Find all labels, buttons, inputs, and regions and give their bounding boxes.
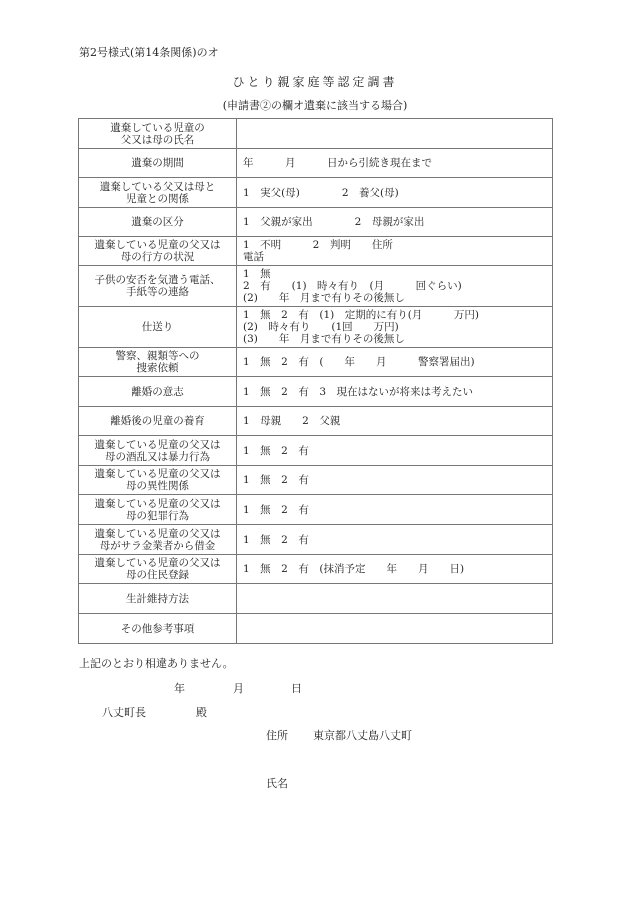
document-subtitle: (申請書②の欄オ遺棄に該当する場合) xyxy=(0,97,630,113)
row-value-field[interactable]: 1 実父(母) 2 養父(母) xyxy=(237,178,553,208)
row-label-line: 母の住民登録 xyxy=(79,569,236,581)
row-label-line: 遺棄している児童の父又は xyxy=(79,557,236,569)
row-label: その他参考事項 xyxy=(79,614,237,644)
row-label-line: 遺棄の期間 xyxy=(79,157,236,169)
row-label-line: 母の酒乱又は暴力行為 xyxy=(79,451,236,463)
row-label-line: 遺棄している児童の父又は xyxy=(79,498,236,510)
row-value-line: 1 無 2 有 xyxy=(243,534,552,546)
table-row: 遺棄している児童の父又は母の住民登録1 無 2 有 (抹消予定 年 月 日) xyxy=(79,555,553,584)
row-value-line: 1 無 2 有 ( 年 月 警察署届出) xyxy=(243,356,552,368)
row-label-line: 母の犯罪行為 xyxy=(79,510,236,522)
row-label: 生計維持方法 xyxy=(79,584,237,614)
form-number: 第2号様式(第14条関係)のオ xyxy=(79,44,219,60)
row-value-field[interactable]: 1 無 2 有 ( 年 月 警察署届出) xyxy=(237,348,553,377)
table-row: 遺棄している児童の父又は母の行方の状況1 不明 2 判明 住所電話 xyxy=(79,237,553,266)
address-value[interactable]: 東京都八丈島八丈町 xyxy=(313,727,412,743)
row-value-line: 1 母親 2 父親 xyxy=(243,415,552,427)
row-label-line: 母の異性関係 xyxy=(79,480,236,492)
row-label: 遺棄している児童の父又は母の酒乱又は暴力行為 xyxy=(79,436,237,466)
row-label-line: 警察、親類等への xyxy=(79,350,236,362)
row-label-line: 離婚後の児童の養育 xyxy=(79,415,236,427)
row-value-field[interactable]: 1 無 2 有 3 現在はないが将来は考えたい xyxy=(237,377,553,407)
row-label: 離婚後の児童の養育 xyxy=(79,407,237,436)
row-label: 遺棄している児童の父又は母の住民登録 xyxy=(79,555,237,584)
honorific-label: 殿 xyxy=(196,704,207,720)
row-label-line: 捜索依頼 xyxy=(79,362,236,374)
row-value-field[interactable]: 1 不明 2 判明 住所電話 xyxy=(237,237,553,266)
table-row: 警察、親類等への捜索依頼1 無 2 有 ( 年 月 警察署届出) xyxy=(79,348,553,377)
row-value-field[interactable] xyxy=(237,119,553,149)
table-row: 遺棄している児童の父又は母がサラ金業者から借金1 無 2 有 xyxy=(79,525,553,555)
row-value-field[interactable]: 1 無 2 有 (抹消予定 年 月 日) xyxy=(237,555,553,584)
row-value-line: 2 有 (1) 時々有り (月 回ぐらい) xyxy=(243,280,552,292)
row-value-line: (3) 年 月まで有りその後無し xyxy=(243,333,552,345)
row-label-line: 児童との関係 xyxy=(79,193,236,205)
row-label-line: 遺棄している児童の父又は xyxy=(79,468,236,480)
row-label-line: 仕送り xyxy=(79,321,236,333)
row-label: 遺棄の区分 xyxy=(79,208,237,237)
survey-table: 遺棄している児童の父又は母の氏名遺棄の期間年 月 日から引続き現在まで遺棄してい… xyxy=(78,118,553,644)
row-label-line: 遺棄している父又は母と xyxy=(79,181,236,193)
table-row: 生計維持方法 xyxy=(79,584,553,614)
row-label: 離婚の意志 xyxy=(79,377,237,407)
row-label-line: 父又は母の氏名 xyxy=(79,134,236,146)
addressee-label: 八丈町長 xyxy=(102,704,146,720)
row-value-line: 1 父親が家出 2 母親が家出 xyxy=(243,216,552,228)
table-row: 遺棄している児童の父又は母の犯罪行為1 無 2 有 xyxy=(79,495,553,525)
row-label-line: その他参考事項 xyxy=(79,623,236,635)
document-title: ひとり親家庭等認定調書 xyxy=(0,73,630,90)
address-label: 住所 xyxy=(266,727,288,743)
row-value-line: (2) 年 月まで有りその後無し xyxy=(243,292,552,304)
table-row: 子供の安否を気遣う電話、手紙等の連絡1 無2 有 (1) 時々有り (月 回ぐら… xyxy=(79,266,553,307)
row-value-field[interactable]: 1 無 2 有 xyxy=(237,466,553,495)
row-label-line: 遺棄している児童の父又は xyxy=(79,528,236,540)
table-row: 遺棄している児童の父又は母の氏名 xyxy=(79,119,553,149)
date-month-label: 月 xyxy=(233,680,244,696)
row-label-line: 離婚の意志 xyxy=(79,386,236,398)
row-value-line: 1 無 2 有 3 現在はないが将来は考えたい xyxy=(243,386,552,398)
row-value-line: 1 無 2 有 xyxy=(243,445,552,457)
row-label-line: 遺棄している児童の父又は xyxy=(79,439,236,451)
row-label-line: 子供の安否を気遣う電話、 xyxy=(79,274,236,286)
table-row: 遺棄している児童の父又は母の酒乱又は暴力行為1 無 2 有 xyxy=(79,436,553,466)
row-value-field[interactable]: 年 月 日から引続き現在まで xyxy=(237,149,553,178)
row-label: 遺棄している児童の父又は母の犯罪行為 xyxy=(79,495,237,525)
table-row: 遺棄の区分1 父親が家出 2 母親が家出 xyxy=(79,208,553,237)
row-label: 遺棄している児童の父又は母の氏名 xyxy=(79,119,237,149)
row-label-line: 遺棄している児童の xyxy=(79,122,236,134)
table-row: 仕送り1 無 2 有 (1) 定期的に有り(月 万円)(2) 時々有り (1回 … xyxy=(79,307,553,348)
row-label-line: 遺棄している児童の父又は xyxy=(79,239,236,251)
row-label: 子供の安否を気遣う電話、手紙等の連絡 xyxy=(79,266,237,307)
row-label: 遺棄している児童の父又は母の行方の状況 xyxy=(79,237,237,266)
row-value-field[interactable]: 1 無 2 有 xyxy=(237,495,553,525)
row-label-line: 母の行方の状況 xyxy=(79,251,236,263)
table-row: 遺棄している父又は母と児童との関係1 実父(母) 2 養父(母) xyxy=(79,178,553,208)
row-value-field[interactable]: 1 無 2 有 xyxy=(237,436,553,466)
table-row: 離婚後の児童の養育1 母親 2 父親 xyxy=(79,407,553,436)
table-row: 遺棄の期間年 月 日から引続き現在まで xyxy=(79,149,553,178)
table-row: 遺棄している児童の父又は母の異性関係1 無 2 有 xyxy=(79,466,553,495)
row-value-field[interactable] xyxy=(237,584,553,614)
row-value-field[interactable]: 1 母親 2 父親 xyxy=(237,407,553,436)
table-row: その他参考事項 xyxy=(79,614,553,644)
date-year-label: 年 xyxy=(174,680,185,696)
row-value-line: 電話 xyxy=(243,251,552,263)
row-label: 警察、親類等への捜索依頼 xyxy=(79,348,237,377)
row-label: 遺棄している父又は母と児童との関係 xyxy=(79,178,237,208)
row-value-line: 1 無 2 有 (抹消予定 年 月 日) xyxy=(243,563,552,575)
declaration-text: 上記のとおり相違ありません。 xyxy=(79,655,234,671)
date-day-label: 日 xyxy=(291,680,302,696)
row-value-field[interactable]: 1 父親が家出 2 母親が家出 xyxy=(237,208,553,237)
row-value-line: 1 無 xyxy=(243,268,552,280)
row-label: 遺棄の期間 xyxy=(79,149,237,178)
row-label: 遺棄している児童の父又は母の異性関係 xyxy=(79,466,237,495)
row-label: 遺棄している児童の父又は母がサラ金業者から借金 xyxy=(79,525,237,555)
row-value-line: 1 実父(母) 2 養父(母) xyxy=(243,187,552,199)
row-value-line: 年 月 日から引続き現在まで xyxy=(243,157,552,169)
row-label-line: 母がサラ金業者から借金 xyxy=(79,540,236,552)
row-label: 仕送り xyxy=(79,307,237,348)
row-value-line: 1 無 2 有 xyxy=(243,474,552,486)
row-value-field[interactable] xyxy=(237,614,553,644)
name-label: 氏名 xyxy=(266,775,288,791)
row-label-line: 遺棄の区分 xyxy=(79,216,236,228)
row-value-line: 1 無 2 有 (1) 定期的に有り(月 万円) xyxy=(243,309,552,321)
row-label-line: 生計維持方法 xyxy=(79,593,236,605)
row-value-line: 1 不明 2 判明 住所 xyxy=(243,239,552,251)
table-row: 離婚の意志1 無 2 有 3 現在はないが将来は考えたい xyxy=(79,377,553,407)
row-value-line: (2) 時々有り (1回 万円) xyxy=(243,321,552,333)
row-label-line: 手紙等の連絡 xyxy=(79,286,236,298)
row-value-field[interactable]: 1 無2 有 (1) 時々有り (月 回ぐらい)(2) 年 月まで有りその後無し xyxy=(237,266,553,307)
row-value-line: 1 無 2 有 xyxy=(243,504,552,516)
row-value-field[interactable]: 1 無 2 有 (1) 定期的に有り(月 万円)(2) 時々有り (1回 万円)… xyxy=(237,307,553,348)
row-value-field[interactable]: 1 無 2 有 xyxy=(237,525,553,555)
